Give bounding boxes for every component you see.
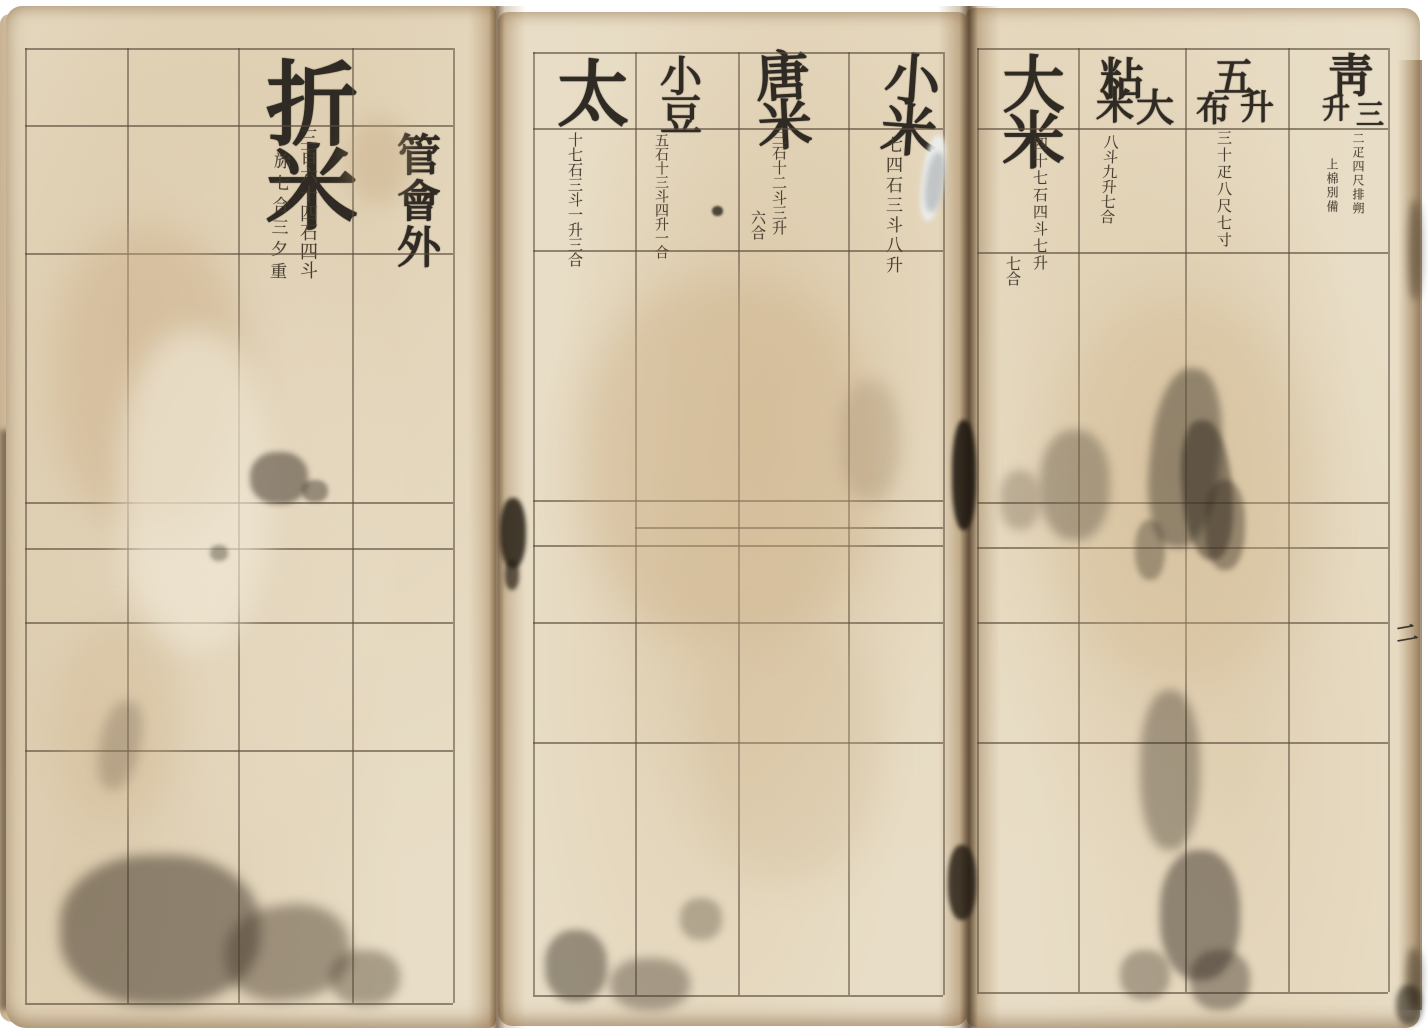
qty-cheongsamseung-side: 上棉別備: [1326, 158, 1338, 214]
rule-line: [977, 502, 1388, 504]
qty-jeolmi-side: 旀七合三夕重: [268, 152, 290, 285]
rule-line: [738, 52, 740, 995]
qty-dangmi-main: 三石十二斗三升: [770, 130, 785, 235]
rule-line: [1185, 48, 1187, 992]
qty-cheongsamseung-main: 二疋四尺排朔: [1352, 132, 1364, 216]
rule-line: [352, 48, 354, 1003]
edge-mark: 二: [1392, 620, 1417, 645]
qty-jeolmi-main: 三百六十四石四斗: [299, 128, 317, 280]
rule-line: [977, 742, 1388, 744]
qty-oseungpo: 三十疋八尺七寸: [1215, 130, 1230, 249]
qty-somi: 七四石三斗八升: [884, 136, 901, 276]
rule-line: [1288, 48, 1290, 992]
rule-line: [533, 995, 943, 997]
header-jeomdaemi-left: 米: [1096, 88, 1134, 126]
header-cheongsamseung-left: 升: [1322, 96, 1350, 124]
rule-line: [977, 992, 1388, 994]
rule-line: [635, 527, 943, 529]
rule-line: [127, 48, 129, 1003]
rule-line: [977, 252, 1388, 254]
rule-line: [848, 52, 850, 995]
ledger-photo: 折米 三百六十四石四斗 旀七合三夕重 管會外 太 十七石三斗一升三合 小豆 五石…: [0, 0, 1428, 1036]
rule-line: [943, 52, 945, 995]
header-oseungpo-left: 布: [1196, 94, 1230, 128]
qty-dangmi-side: 六合: [749, 210, 764, 240]
rule-line: [1388, 48, 1390, 992]
rule-line: [977, 128, 1388, 130]
header-oseungpo-right: 升: [1240, 92, 1274, 126]
rule-line: [453, 48, 455, 1003]
qty-daemi-side: 七合: [1004, 256, 1019, 286]
rule-line: [977, 48, 979, 992]
header-gwanhoe-oe: 管會外: [392, 132, 436, 270]
header-cheongsamseung-right: 三: [1356, 102, 1384, 130]
rule-line: [977, 622, 1388, 624]
header-daemi: 大米: [996, 52, 1058, 164]
qty-tae: 十七石三斗一升三合: [566, 132, 581, 267]
rule-line: [25, 1003, 453, 1005]
rule-line: [238, 48, 240, 1003]
header-sodu: 小豆: [656, 54, 698, 132]
rule-line: [977, 48, 1388, 50]
rule-line: [25, 48, 27, 1003]
rule-line: [977, 547, 1388, 549]
rule-line: [1078, 48, 1080, 992]
rule-line: [635, 52, 637, 995]
header-tae: 太: [550, 56, 622, 128]
qty-sodu: 五石十三斗四升一合: [653, 133, 667, 259]
rule-line: [533, 52, 535, 995]
header-jeomdaemi-right: 大: [1136, 90, 1174, 128]
